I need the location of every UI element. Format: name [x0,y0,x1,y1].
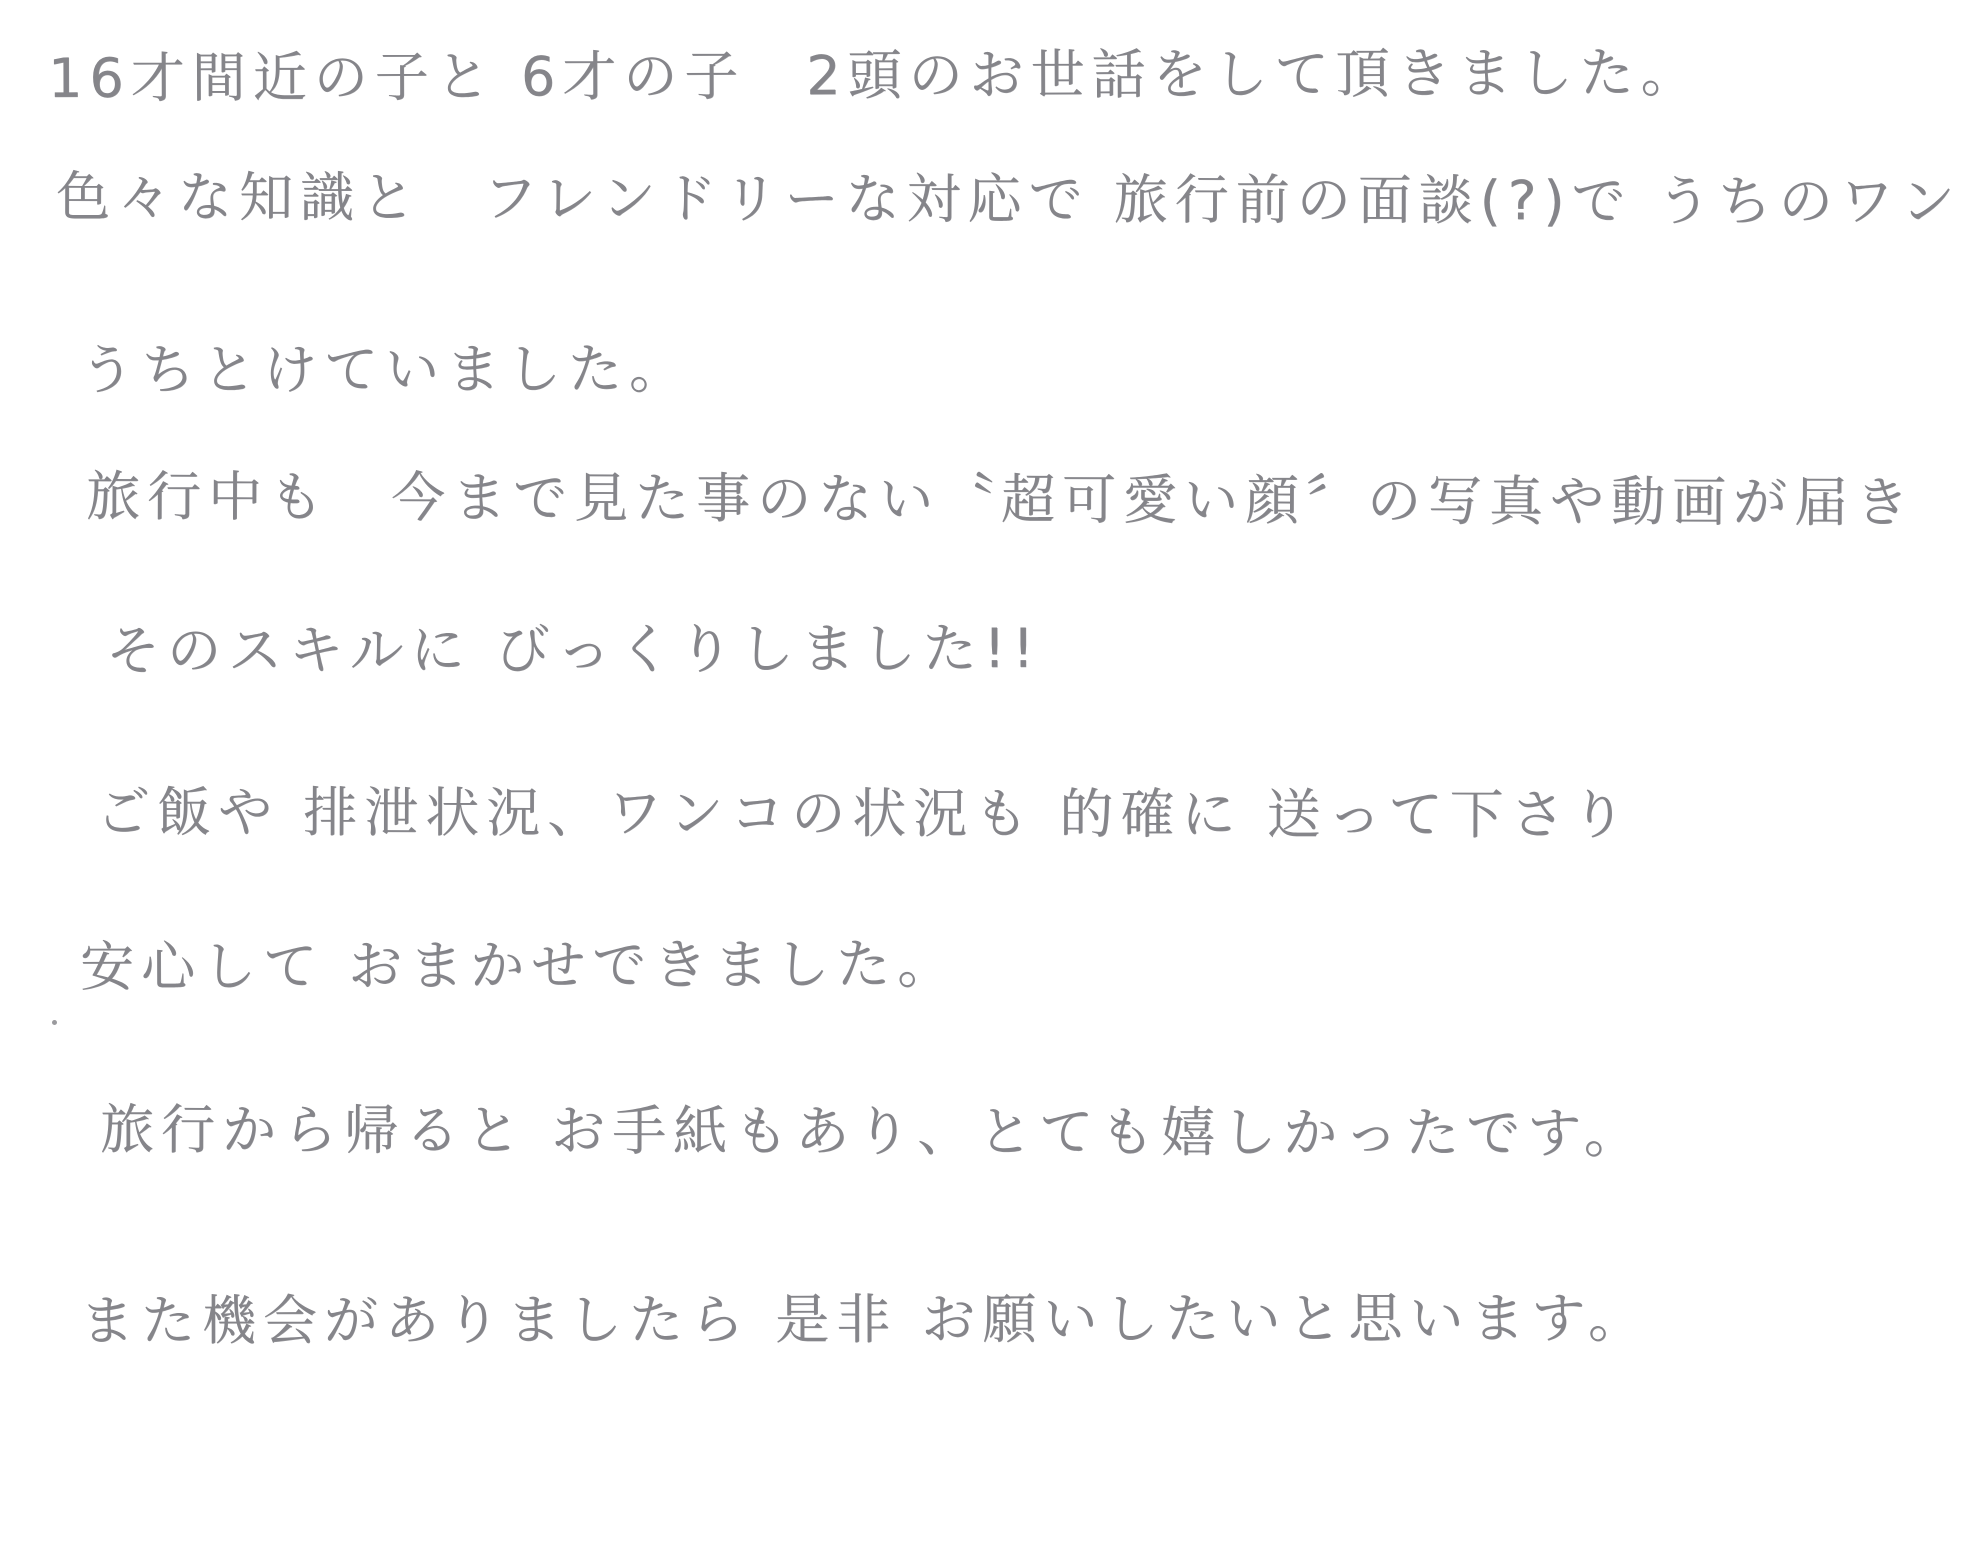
handwritten-line-1: 16才間近の子と 6才の子 2頭のお世話をして頂きました。 [48,41,1702,112]
ink-speck [52,1020,57,1025]
handwritten-line-9: また機会がありましたら 是非 お願いしたいと思います。 [80,1287,1649,1355]
handwritten-line-5: そのスキルに びっくりしました!! [106,617,1041,684]
handwritten-line-7: 安心して おまかせできました。 [80,932,958,1000]
handwritten-line-4: 旅行中も 今まで見た事のない〝超可愛い顔〞の写真や動画が届き [86,465,1916,536]
handwritten-line-2: 色々な知識と フレンドリーな対応で 旅行前の面談(?)で うちのワンコも [56,165,1965,235]
handwritten-line-3: うちとけていました。 [80,337,690,403]
scanned-handwritten-note: 16才間近の子と 6才の子 2頭のお世話をして頂きました。 色々な知識と フレン… [0,0,1965,1546]
handwritten-line-8: 旅行から帰ると お手紙もあり、とても嬉しかったです。 [100,1098,1645,1167]
handwritten-line-6: ご飯や 排泄状況、ワンコの状況も 的確に 送って下さり [96,781,1633,848]
